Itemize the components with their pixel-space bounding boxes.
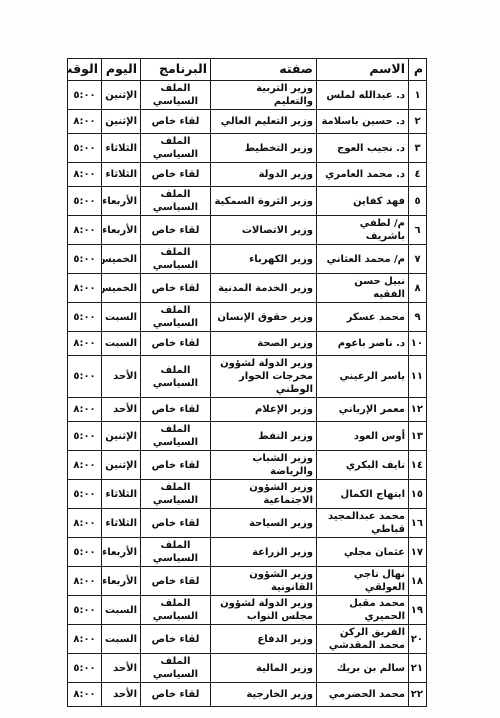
cell-program: الملف السياسي: [141, 81, 211, 110]
cell-day: الأحد: [102, 398, 141, 422]
cell-time: ٥:٠٠: [68, 187, 102, 216]
cell-num: ١٥: [409, 480, 427, 509]
cell-name: عثمان مجلي: [317, 538, 409, 567]
cell-title: وزير حقوق الإنسان: [211, 303, 317, 332]
cell-title: وزير الزراعة: [211, 538, 317, 567]
cell-num: ٦: [409, 216, 427, 245]
cell-num: ٤: [409, 163, 427, 187]
cell-day: السبت: [102, 303, 141, 332]
cell-program: الملف السياسي: [141, 596, 211, 625]
cell-time: ٥:٠٠: [68, 480, 102, 509]
cell-title: وزير النفط: [211, 422, 317, 451]
table-body: ١د. عبدالله لملسوزير التربية والتعليمالم…: [68, 81, 427, 707]
table-row: ٥فهد كفاينوزير الثروة السمكيةالملف السيا…: [68, 187, 427, 216]
cell-program: الملف السياسي: [141, 134, 211, 163]
table-row: ١٥ابتهاج الكمالوزير الشؤون الاجتماعيةالم…: [68, 480, 427, 509]
cell-name: محمد عبدالمجيد قباطي: [317, 509, 409, 538]
cell-program: الملف السياسي: [141, 187, 211, 216]
cell-num: ١: [409, 81, 427, 110]
cell-program: لقاء خاص: [141, 509, 211, 538]
cell-num: ٨: [409, 274, 427, 303]
cell-time: ٥:٠٠: [68, 654, 102, 683]
cell-time: ٨:٠٠: [68, 163, 102, 187]
cell-program: لقاء خاص: [141, 625, 211, 654]
table-row: ٧م/ محمد العثانيوزير الكهرباءالملف السيا…: [68, 245, 427, 274]
cell-day: الأحد: [102, 654, 141, 683]
cell-title: وزير التعليم العالي: [211, 110, 317, 134]
cell-title: وزير الصحة: [211, 332, 317, 356]
cell-name: ابتهاج الكمال: [317, 480, 409, 509]
cell-num: ١٠: [409, 332, 427, 356]
cell-name: د. ناصر باعوم: [317, 332, 409, 356]
cell-name: محمد مقبل الحميري: [317, 596, 409, 625]
cell-num: ١٩: [409, 596, 427, 625]
document-page: م الاسم صفته البرنامج اليوم الوقت ١د. عب…: [0, 0, 500, 718]
cell-program: لقاء خاص: [141, 451, 211, 480]
cell-num: ١٨: [409, 567, 427, 596]
cell-day: الأربعاء: [102, 538, 141, 567]
cell-time: ٨:٠٠: [68, 451, 102, 480]
cell-time: ٨:٠٠: [68, 683, 102, 707]
table-row: ٢د. حسين باسلامةوزير التعليم العاليلقاء …: [68, 110, 427, 134]
cell-name: ياسر الرعيني: [317, 356, 409, 398]
cell-program: الملف السياسي: [141, 303, 211, 332]
cell-title: وزير الشؤون القانونية: [211, 567, 317, 596]
table-row: ٢٢محمد الحضرميوزير الخارجيةلقاء خاصالأحد…: [68, 683, 427, 707]
cell-title: وزير الخدمة المدنية: [211, 274, 317, 303]
cell-time: ٥:٠٠: [68, 134, 102, 163]
cell-name: د. حسين باسلامة: [317, 110, 409, 134]
cell-name: د. محمد العامري: [317, 163, 409, 187]
cell-program: لقاء خاص: [141, 567, 211, 596]
cell-day: الإثنين: [102, 422, 141, 451]
cell-name: فهد كفاين: [317, 187, 409, 216]
column-header-title: صفته: [211, 59, 317, 81]
cell-program: لقاء خاص: [141, 274, 211, 303]
cell-program: الملف السياسي: [141, 422, 211, 451]
cell-time: ٨:٠٠: [68, 216, 102, 245]
cell-day: السبت: [102, 625, 141, 654]
column-header-name: الاسم: [317, 59, 409, 81]
cell-num: ٢١: [409, 654, 427, 683]
table-row: ٦م/ لطفي باشريفوزير الاتصالاتلقاء خاصالأ…: [68, 216, 427, 245]
cell-title: وزير الإعلام: [211, 398, 317, 422]
cell-time: ٥:٠٠: [68, 245, 102, 274]
cell-time: ٨:٠٠: [68, 625, 102, 654]
cell-day: الإثنين: [102, 451, 141, 480]
cell-time: ٨:٠٠: [68, 110, 102, 134]
cell-num: ١٧: [409, 538, 427, 567]
cell-time: ٥:٠٠: [68, 538, 102, 567]
cell-program: لقاء خاص: [141, 163, 211, 187]
cell-time: ٥:٠٠: [68, 596, 102, 625]
cell-time: ٨:٠٠: [68, 509, 102, 538]
table-row: ١٣أوس العودوزير النفطالملف السياسيالإثني…: [68, 422, 427, 451]
cell-time: ٨:٠٠: [68, 398, 102, 422]
cell-name: م/ لطفي باشريف: [317, 216, 409, 245]
cell-title: وزير الشؤون الاجتماعية: [211, 480, 317, 509]
cell-program: لقاء خاص: [141, 398, 211, 422]
cell-title: وزير الكهرباء: [211, 245, 317, 274]
cell-name: سالم بن بريك: [317, 654, 409, 683]
cell-title: وزير السياحة: [211, 509, 317, 538]
table-row: ١٢معمر الإريانيوزير الإعلاملقاء خاصالأحد…: [68, 398, 427, 422]
cell-day: الأحد: [102, 356, 141, 398]
cell-title: وزير التربية والتعليم: [211, 81, 317, 110]
table-row: ١٧عثمان مجليوزير الزراعةالملف السياسيالأ…: [68, 538, 427, 567]
column-header-day: اليوم: [102, 59, 141, 81]
cell-name: د. عبدالله لملس: [317, 81, 409, 110]
table-row: ٨نبيل حسن الفقيهوزير الخدمة المدنيةلقاء …: [68, 274, 427, 303]
cell-title: وزير الشباب والرياضة: [211, 451, 317, 480]
header-row: م الاسم صفته البرنامج اليوم الوقت: [68, 59, 427, 81]
cell-program: لقاء خاص: [141, 216, 211, 245]
cell-day: الإثنين: [102, 110, 141, 134]
table-row: ١٩محمد مقبل الحميريوزير الدولة لشؤون مجل…: [68, 596, 427, 625]
cell-name: م/ محمد العثاني: [317, 245, 409, 274]
cell-name: نبيل حسن الفقيه: [317, 274, 409, 303]
cell-program: الملف السياسي: [141, 480, 211, 509]
cell-day: الخميس: [102, 245, 141, 274]
cell-day: السبت: [102, 596, 141, 625]
cell-num: ٣: [409, 134, 427, 163]
cell-program: لقاء خاص: [141, 110, 211, 134]
column-header-program: البرنامج: [141, 59, 211, 81]
cell-time: ٨:٠٠: [68, 274, 102, 303]
cell-title: وزير الدفاع: [211, 625, 317, 654]
table-row: ١١ياسر الرعينيوزير الدولة لشؤون مخرجات ا…: [68, 356, 427, 398]
cell-num: ١٤: [409, 451, 427, 480]
cell-day: الإثنين: [102, 81, 141, 110]
cell-num: ١٢: [409, 398, 427, 422]
cell-name: محمد الحضرمي: [317, 683, 409, 707]
table-row: ٢٠الفريق الركن محمد المقدشيوزير الدفاعلق…: [68, 625, 427, 654]
cell-title: وزير الدولة: [211, 163, 317, 187]
cell-name: أوس العود: [317, 422, 409, 451]
cell-time: ٥:٠٠: [68, 303, 102, 332]
cell-num: ٢٠: [409, 625, 427, 654]
cell-name: نهال ناجي العولقي: [317, 567, 409, 596]
cell-num: ٢: [409, 110, 427, 134]
cell-num: ٥: [409, 187, 427, 216]
cell-day: الثلاثاء: [102, 509, 141, 538]
cell-name: نايف البكري: [317, 451, 409, 480]
cell-program: الملف السياسي: [141, 245, 211, 274]
cell-time: ٥:٠٠: [68, 422, 102, 451]
cell-program: لقاء خاص: [141, 332, 211, 356]
cell-time: ٨:٠٠: [68, 332, 102, 356]
cell-name: محمد عسكر: [317, 303, 409, 332]
cell-num: ٧: [409, 245, 427, 274]
cell-time: ٥:٠٠: [68, 81, 102, 110]
cell-name: معمر الإرياني: [317, 398, 409, 422]
cell-num: ٩: [409, 303, 427, 332]
cell-title: وزير الثروة السمكية: [211, 187, 317, 216]
cell-program: لقاء خاص: [141, 683, 211, 707]
table-row: ٣د. نجيب العوجوزير التخطيطالملف السياسيا…: [68, 134, 427, 163]
table-row: ٩محمد عسكروزير حقوق الإنسانالملف السياسي…: [68, 303, 427, 332]
cell-time: ٥:٠٠: [68, 356, 102, 398]
column-header-num: م: [409, 59, 427, 81]
cell-time: ٨:٠٠: [68, 567, 102, 596]
cell-program: الملف السياسي: [141, 538, 211, 567]
cell-name: د. نجيب العوج: [317, 134, 409, 163]
cell-title: وزير الاتصالات: [211, 216, 317, 245]
table-row: ١٤نايف البكريوزير الشباب والرياضةلقاء خا…: [68, 451, 427, 480]
cell-program: الملف السياسي: [141, 654, 211, 683]
cell-day: الأربعاء: [102, 187, 141, 216]
cell-day: الثلاثاء: [102, 134, 141, 163]
cell-day: الثلاثاء: [102, 480, 141, 509]
cell-title: وزير المالية: [211, 654, 317, 683]
table-row: ٤د. محمد العامريوزير الدولةلقاء خاصالثلا…: [68, 163, 427, 187]
column-header-time: الوقت: [68, 59, 102, 81]
cell-title: وزير الخارجية: [211, 683, 317, 707]
cell-num: ٢٢: [409, 683, 427, 707]
table-row: ٢١سالم بن بريكوزير الماليةالملف السياسيا…: [68, 654, 427, 683]
cell-name: الفريق الركن محمد المقدشي: [317, 625, 409, 654]
cell-num: ١٦: [409, 509, 427, 538]
cell-day: الخميس: [102, 274, 141, 303]
table-row: ١٦محمد عبدالمجيد قباطيوزير السياحةلقاء خ…: [68, 509, 427, 538]
cell-day: الأربعاء: [102, 567, 141, 596]
cell-title: وزير الدولة لشؤون مخرجات الحوار الوطني: [211, 356, 317, 398]
table-row: ١٠د. ناصر باعوموزير الصحةلقاء خاصالسبت٨:…: [68, 332, 427, 356]
table-row: ١د. عبدالله لملسوزير التربية والتعليمالم…: [68, 81, 427, 110]
cell-day: السبت: [102, 332, 141, 356]
cell-title: وزير الدولة لشؤون مجلس النواب: [211, 596, 317, 625]
cell-program: الملف السياسي: [141, 356, 211, 398]
cell-title: وزير التخطيط: [211, 134, 317, 163]
ministers-schedule-table: م الاسم صفته البرنامج اليوم الوقت ١د. عب…: [67, 58, 427, 707]
cell-num: ١٣: [409, 422, 427, 451]
cell-day: الثلاثاء: [102, 163, 141, 187]
cell-day: الأربعاء: [102, 216, 141, 245]
cell-day: الأحد: [102, 683, 141, 707]
table-row: ١٨نهال ناجي العولقيوزير الشؤون القانونية…: [68, 567, 427, 596]
cell-num: ١١: [409, 356, 427, 398]
